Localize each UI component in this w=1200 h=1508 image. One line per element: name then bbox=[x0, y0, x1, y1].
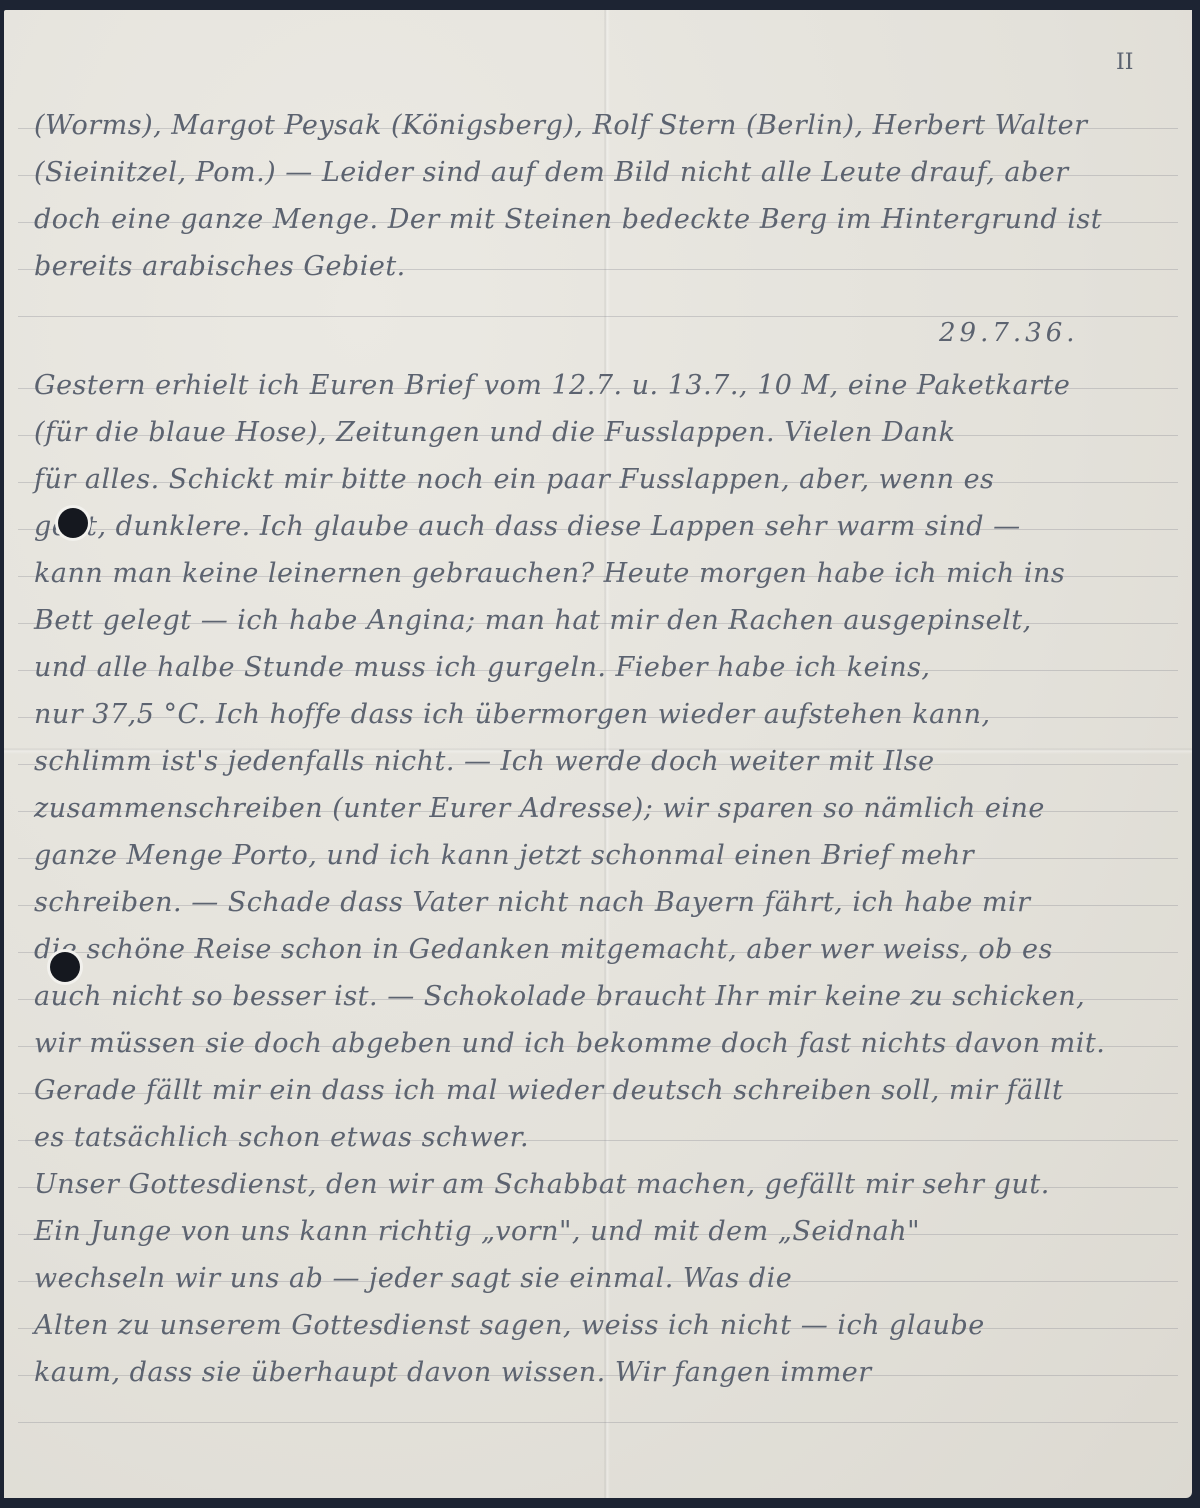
text-line: Gestern erhielt ich Euren Brief vom 12.7… bbox=[34, 370, 1070, 401]
text-line: kann man keine leinernen gebrauchen? Heu… bbox=[34, 558, 1065, 589]
text-line: ganze Menge Porto, und ich kann jetzt sc… bbox=[34, 840, 974, 871]
text-line: und alle halbe Stunde muss ich gurgeln. … bbox=[34, 652, 931, 683]
ruled-line bbox=[18, 316, 1178, 317]
text-line: (Sieinitzel, Pom.) — Leider sind auf dem… bbox=[34, 157, 1069, 188]
ruled-line bbox=[18, 1422, 1178, 1423]
text-line: auch nicht so besser ist. — Schokolade b… bbox=[34, 981, 1085, 1012]
text-line: Gerade fällt mir ein dass ich mal wieder… bbox=[34, 1075, 1063, 1106]
page-number: II bbox=[1116, 50, 1133, 75]
text-line: wechseln wir uns ab — jeder sagt sie ein… bbox=[34, 1263, 792, 1294]
text-line: Bett gelegt — ich habe Angina; man hat m… bbox=[34, 605, 1032, 636]
letter-page: II (Worms), Margot Peysak (Königsberg), … bbox=[4, 10, 1192, 1498]
text-line: nur 37,5 °C. Ich hoffe dass ich übermorg… bbox=[34, 699, 991, 730]
text-line: kaum, dass sie überhaupt davon wissen. W… bbox=[34, 1357, 872, 1388]
text-line: geht, dunklere. Ich glaube auch dass die… bbox=[34, 511, 1021, 542]
text-line: Alten zu unserem Gottesdienst sagen, wei… bbox=[34, 1310, 985, 1341]
text-line: bereits arabisches Gebiet. bbox=[34, 251, 406, 282]
text-line: wir müssen sie doch abgeben und ich beko… bbox=[34, 1028, 1105, 1059]
text-line: schlimm ist's jedenfalls nicht. — Ich we… bbox=[34, 746, 935, 777]
text-line: für alles. Schickt mir bitte noch ein pa… bbox=[34, 464, 994, 495]
text-line: Ein Junge von uns kann richtig „vorn", u… bbox=[34, 1216, 920, 1247]
text-line: (Worms), Margot Peysak (Königsberg), Rol… bbox=[34, 110, 1088, 141]
punch-hole bbox=[50, 952, 80, 982]
text-line: doch eine ganze Menge. Der mit Steinen b… bbox=[34, 204, 1102, 235]
text-line: schreiben. — Schade dass Vater nicht nac… bbox=[34, 887, 1031, 918]
text-line: die schöne Reise schon in Gedanken mitge… bbox=[34, 934, 1053, 965]
text-line: Unser Gottesdienst, den wir am Schabbat … bbox=[34, 1169, 1050, 1200]
text-line: (für die blaue Hose), Zeitungen und die … bbox=[34, 417, 955, 448]
punch-hole bbox=[58, 508, 88, 538]
text-line: zusammenschreiben (unter Eurer Adresse);… bbox=[34, 793, 1045, 824]
text-line: es tatsächlich schon etwas schwer. bbox=[34, 1122, 529, 1153]
letter-date: 29.7.36. bbox=[939, 318, 1079, 348]
